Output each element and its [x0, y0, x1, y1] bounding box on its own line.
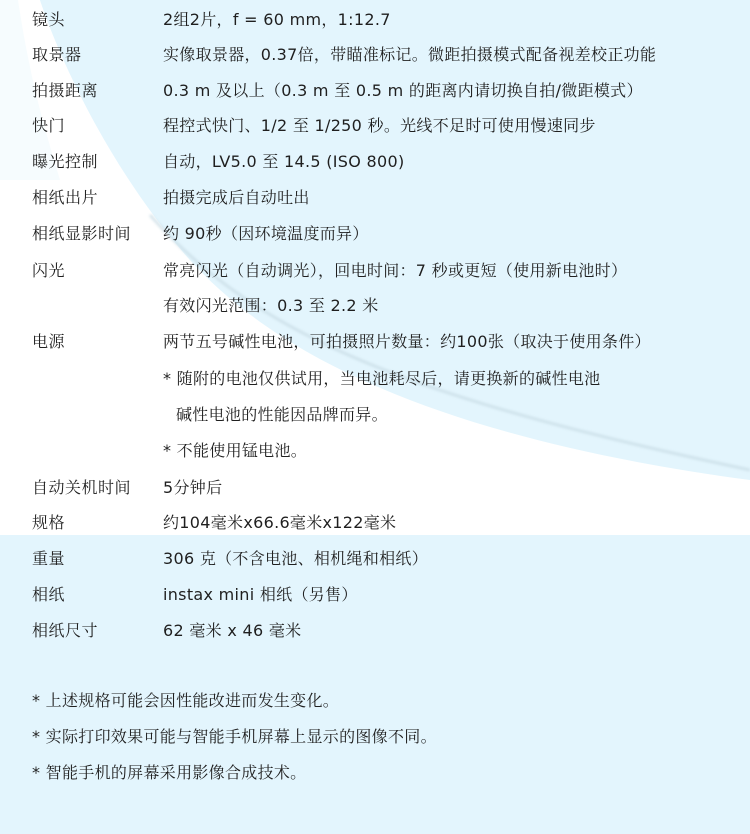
spec-label: 自动关机时间: [32, 475, 131, 498]
spec-row-power-note-1: * 随附的电池仅供试用，当电池耗尽后，请更换新的碱性电池: [0, 359, 750, 395]
spec-value: 0.3 m 及以上（0.3 m 至 0.5 m 的距离内请切换自拍/微距模式）: [163, 78, 643, 101]
spec-value: 约 90秒（因环境温度而异）: [163, 221, 369, 244]
spec-row-weight: 重量 306 克（不含电池、相机绳和相纸）: [0, 539, 750, 575]
spec-value: 常亮闪光（自动调光），回电时间：7 秒或更短（使用新电池时）: [163, 258, 627, 281]
footnote: * 实际打印效果可能与智能手机屏幕上显示的图像不同。: [32, 719, 437, 755]
spec-value: 程控式快门、1/2 至 1/250 秒。光线不足时可使用慢速同步: [163, 113, 596, 136]
spec-row-dimensions: 规格 约104毫米x66.6毫米x122毫米: [0, 503, 750, 539]
spec-value: 有效闪光范围：0.3 至 2.2 米: [163, 293, 379, 316]
spec-value: 约104毫米x66.6毫米x122毫米: [163, 510, 396, 533]
spec-label: 规格: [32, 510, 65, 533]
spec-value: 碱性电池的性能因品牌而异。: [176, 402, 388, 425]
spec-value: * 随附的电池仅供试用，当电池耗尽后，请更换新的碱性电池: [163, 366, 601, 389]
spec-row-shutter: 快门 程控式快门、1/2 至 1/250 秒。光线不足时可使用慢速同步: [0, 106, 750, 142]
spec-value: 实像取景器，0.37倍，带瞄准标记。微距拍摄模式配备视差校正功能: [163, 42, 656, 65]
spec-value: 5分钟后: [163, 475, 222, 498]
spec-label: 快门: [32, 113, 65, 136]
spec-label: 相纸: [32, 582, 65, 605]
spec-row-shooting-distance: 拍摄距离 0.3 m 及以上（0.3 m 至 0.5 m 的距离内请切换自拍/微…: [0, 71, 750, 107]
spec-label: 相纸尺寸: [32, 618, 98, 641]
footnotes: * 上述规格可能会因性能改进而发生变化。 * 实际打印效果可能与智能手机屏幕上显…: [32, 683, 437, 791]
spec-value: 2组2片，f = 60 mm，1:12.7: [163, 7, 391, 30]
spec-row-development-time: 相纸显影时间 约 90秒（因环境温度而异）: [0, 214, 750, 250]
spec-value: 62 毫米 x 46 毫米: [163, 618, 301, 641]
spec-label: 重量: [32, 546, 65, 569]
spec-value: instax mini 相纸（另售）: [163, 582, 358, 605]
spec-row-power-note-3: * 不能使用锰电池。: [0, 431, 750, 467]
spec-row-auto-power-off: 自动关机时间 5分钟后: [0, 468, 750, 504]
spec-row-power: 电源 两节五号碱性电池，可拍摄照片数量：约100张（取决于使用条件）: [0, 322, 750, 358]
spec-row-flash-range: 有效闪光范围：0.3 至 2.2 米: [0, 286, 750, 322]
spec-label: 相纸显影时间: [32, 221, 131, 244]
spec-value: 306 克（不含电池、相机绳和相纸）: [163, 546, 428, 569]
spec-label: 相纸出片: [32, 185, 98, 208]
spec-label: 取景器: [32, 42, 82, 65]
spec-value: 拍摄完成后自动吐出: [163, 185, 310, 208]
spec-row-film: 相纸 instax mini 相纸（另售）: [0, 575, 750, 611]
spec-value: 两节五号碱性电池，可拍摄照片数量：约100张（取决于使用条件）: [163, 329, 651, 352]
spec-row-flash: 闪光 常亮闪光（自动调光），回电时间：7 秒或更短（使用新电池时）: [0, 251, 750, 287]
spec-label: 镜头: [32, 7, 65, 30]
footnote: * 上述规格可能会因性能改进而发生变化。: [32, 683, 437, 719]
spec-label: 闪光: [32, 258, 65, 281]
spec-label: 拍摄距离: [32, 78, 98, 101]
spec-row-lens: 镜头 2组2片，f = 60 mm，1:12.7: [0, 0, 750, 36]
spec-label: 电源: [32, 329, 65, 352]
footnote: * 智能手机的屏幕采用影像合成技术。: [32, 755, 437, 791]
spec-row-film-ejection: 相纸出片 拍摄完成后自动吐出: [0, 178, 750, 214]
spec-label: 曝光控制: [32, 149, 98, 172]
spec-value: 自动，LV5.0 至 14.5 (ISO 800): [163, 149, 405, 172]
spec-row-power-note-2: 碱性电池的性能因品牌而异。: [0, 395, 750, 431]
spec-row-viewfinder: 取景器 实像取景器，0.37倍，带瞄准标记。微距拍摄模式配备视差校正功能: [0, 35, 750, 71]
spec-value: * 不能使用锰电池。: [163, 438, 307, 461]
spec-row-exposure-control: 曝光控制 自动，LV5.0 至 14.5 (ISO 800): [0, 142, 750, 178]
spec-row-film-size: 相纸尺寸 62 毫米 x 46 毫米: [0, 611, 750, 647]
